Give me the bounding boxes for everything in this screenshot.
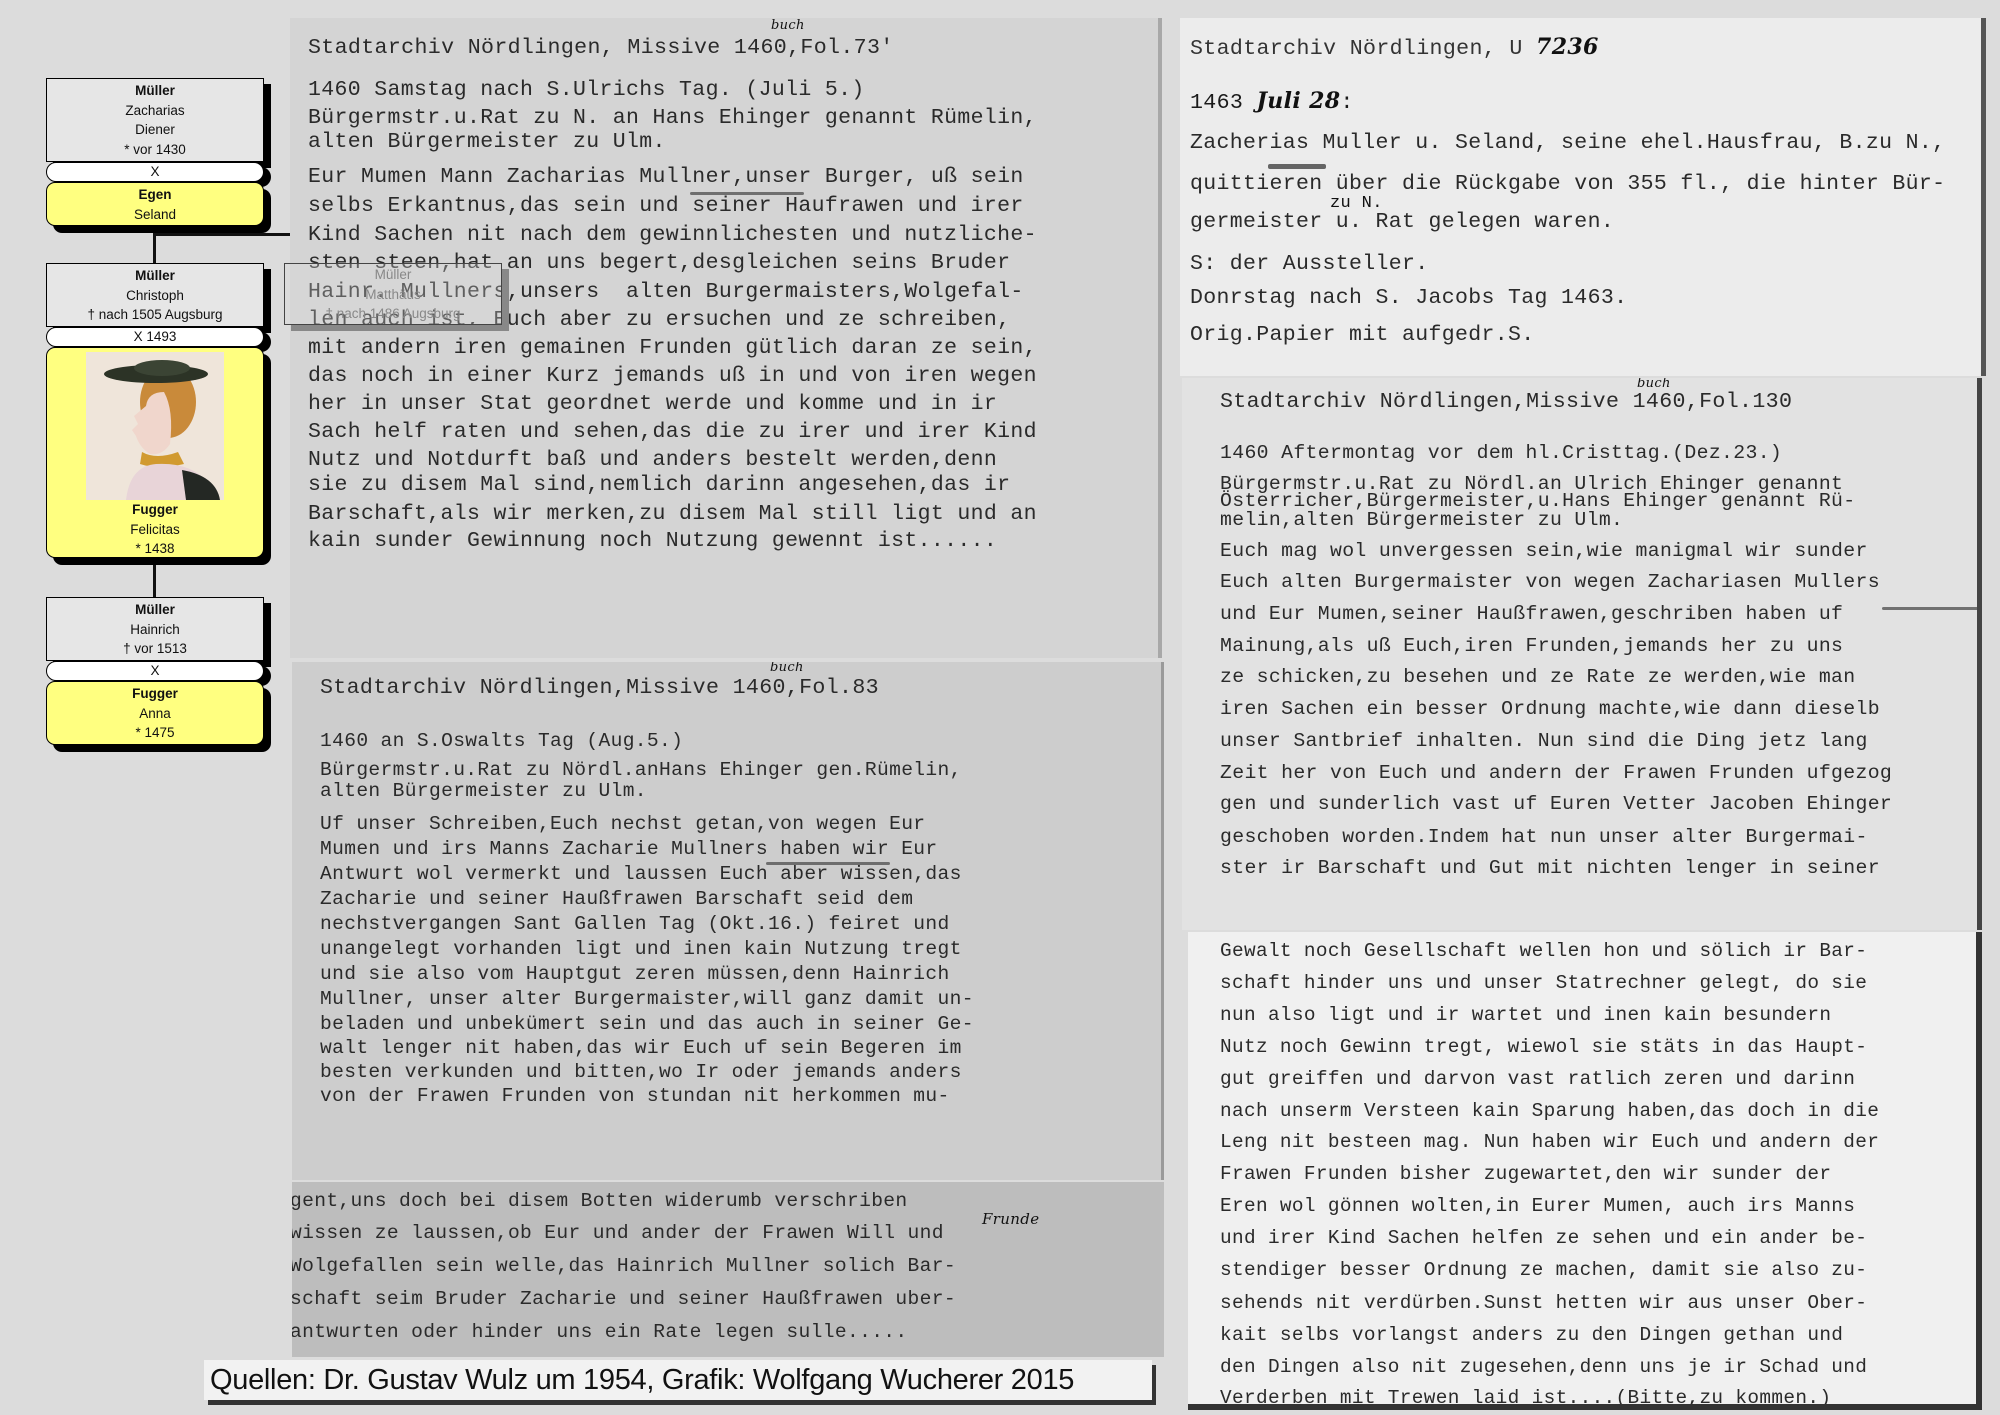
document-line: geschoben worden.Indem hat nun unser alt… bbox=[1220, 826, 1868, 848]
document-line: nun also ligt und ir wartet und inen kai… bbox=[1220, 1004, 1831, 1026]
spouse-card-seland[interactable]: Egen Seland bbox=[46, 182, 264, 226]
handwritten-date: Juli 28 bbox=[1257, 88, 1341, 114]
document-line: Frawen Frunden bisher zugewartet,den wir… bbox=[1220, 1163, 1831, 1185]
document-line: beladen und unbekümert sein und das auch… bbox=[320, 1013, 974, 1035]
document-line: S: der Aussteller. bbox=[1190, 252, 1429, 276]
document-line: unangelegt vorhanden ligt und inen kain … bbox=[320, 938, 962, 960]
document-line: Gewalt noch Gesellschaft wellen hon und … bbox=[1220, 940, 1867, 962]
person-card-zacharias[interactable]: Müller Zacharias Diener * vor 1430 bbox=[46, 78, 264, 162]
document-line: melin,alten Bürgermeister zu Ulm. bbox=[1220, 509, 1623, 531]
document-line: 1460 Aftermontag vor dem hl.Cristtag.(De… bbox=[1220, 442, 1782, 464]
underline-mark bbox=[1882, 607, 1982, 610]
marriage-bar: X 1493 bbox=[46, 327, 264, 347]
handwritten-annotation: Frunde bbox=[982, 1210, 1039, 1228]
document-line: Eur Mumen Mann Zacharias Mullner,unser B… bbox=[308, 165, 1024, 189]
document-date: 1463 Juli 28: bbox=[1190, 88, 1354, 115]
document-header: Stadtarchiv Nördlingen, Missive 1460,Fol… bbox=[308, 36, 894, 60]
document-line: Bürgermstr.u.Rat zu Nördl.anHans Ehinger… bbox=[320, 759, 962, 781]
document-line: Uf unser Schreiben,Euch nechst getan,von… bbox=[320, 813, 925, 835]
handwritten-annotation: buch bbox=[1637, 378, 1671, 391]
underline-mark bbox=[690, 192, 804, 195]
document-line: mit andern iren gemainen Frunden gütlich… bbox=[308, 336, 1037, 360]
given-name: Anna bbox=[47, 704, 263, 724]
document-line: von der Frawen Frunden von stundan nit h… bbox=[320, 1085, 950, 1107]
dates: * 1438 bbox=[47, 539, 263, 559]
document-line: sie zu disem Mal sind,nemlich darinn ang… bbox=[308, 473, 1010, 497]
given-name: Christoph bbox=[47, 286, 263, 306]
spouse-card-felicitas[interactable]: Fugger Felicitas * 1438 bbox=[46, 347, 264, 558]
underline-mark bbox=[1268, 164, 1326, 169]
connector-line bbox=[153, 565, 156, 597]
dates: * 1475 bbox=[47, 723, 263, 743]
document-line: alten Bürgermeister zu Ulm. bbox=[308, 130, 666, 154]
archive-document-missive-fol83: Stadtarchiv Nördlingen,Missive 1460,Fol.… bbox=[292, 662, 1164, 1180]
person-card-christoph[interactable]: Müller Christoph † nach 1505 Augsburg bbox=[46, 263, 264, 327]
document-line: Donrstag nach S. Jacobs Tag 1463. bbox=[1190, 286, 1627, 310]
document-line: iren Sachen ein besser Ordnung machte,wi… bbox=[1220, 698, 1880, 720]
document-line: Verderben mit Trewen laid ist....(Bitte,… bbox=[1220, 1387, 1831, 1409]
surname: Müller bbox=[135, 83, 175, 98]
handwritten-number: 7236 bbox=[1536, 34, 1599, 60]
dates: † nach 1486 Augsburg bbox=[285, 304, 501, 324]
document-line: gut greiffen und darvon vast ratlich zer… bbox=[1220, 1068, 1855, 1090]
document-line: nechstvergangen Sant Gallen Tag (Okt.16.… bbox=[320, 913, 950, 935]
document-line: quittieren über die Rückgabe von 355 fl.… bbox=[1190, 172, 1945, 196]
document-line: Nutz noch Gewinn tregt, wiewol sie stäts… bbox=[1220, 1036, 1867, 1058]
person-card-matthaeus-faded[interactable]: Müller Matthäus † nach 1486 Augsburg bbox=[284, 263, 502, 325]
family-tree: Müller Zacharias Diener * vor 1430 X Ege… bbox=[0, 0, 280, 760]
document-line: Bürgermstr.u.Rat zu N. an Hans Ehinger g… bbox=[308, 106, 1037, 130]
surname: Müller bbox=[135, 268, 175, 283]
document-line: und irer Kind Sachen helfen ze sehen und… bbox=[1220, 1227, 1867, 1249]
document-line: unser Santbrief inhalten. Nun sind die D… bbox=[1220, 730, 1868, 752]
document-line: schaft hinder uns und unser Statrechner … bbox=[1220, 972, 1867, 994]
source-caption: Quellen: Dr. Gustav Wulz um 1954, Grafik… bbox=[204, 1360, 1152, 1400]
surname: Fugger bbox=[132, 686, 178, 701]
document-line: Leng nit besteen mag. Nun haben wir Euch… bbox=[1220, 1131, 1879, 1153]
surname: Fugger bbox=[132, 502, 178, 517]
document-line: Mainung,als uß Euch,iren Frunden,jemands… bbox=[1220, 635, 1843, 657]
handwritten-annotation: buch bbox=[771, 18, 805, 33]
document-line: besten verkunden und bitten,wo Ir oder j… bbox=[320, 1061, 962, 1083]
given-name: Felicitas bbox=[47, 520, 263, 540]
document-line: und Eur Mumen,seiner Haußfrawen,geschrib… bbox=[1220, 603, 1843, 625]
document-line: alten Bürgermeister zu Ulm. bbox=[320, 780, 647, 802]
document-line: her in unser Stat geordnet werde und kom… bbox=[308, 392, 997, 416]
document-line: Mumen und irs Manns Zacharie Mullners ha… bbox=[320, 838, 938, 860]
document-header: Stadtarchiv Nördlingen,Missive 1460,Fol.… bbox=[320, 676, 879, 700]
document-line: schaft seim Bruder Zacharie und seiner H… bbox=[292, 1288, 956, 1310]
archive-document-urkunde-7236: Stadtarchiv Nördlingen, U 7236 1463 Juli… bbox=[1180, 18, 1986, 376]
document-line: kait selbs vorlangst anders zu den Dinge… bbox=[1220, 1324, 1843, 1346]
document-line: selbs Erkantnus,das sein und seiner Hauf… bbox=[308, 194, 1024, 218]
archive-document-missive-fol73: Stadtarchiv Nördlingen, Missive 1460,Fol… bbox=[290, 18, 1162, 658]
given-name: Seland bbox=[47, 205, 263, 225]
handwritten-annotation: buch bbox=[770, 662, 804, 675]
document-line: Euch mag wol unvergessen sein,wie manigm… bbox=[1220, 540, 1868, 562]
document-line: gent,uns doch bei disem Botten widerumb … bbox=[292, 1190, 908, 1212]
document-line: Barschaft,als wir merken,zu disem Mal st… bbox=[308, 502, 1037, 526]
document-line: stendiger besser Ordnung ze machen, dami… bbox=[1220, 1259, 1867, 1281]
document-line: den Dingen also nit zugesehen,denn uns j… bbox=[1220, 1356, 1867, 1378]
underline-mark bbox=[766, 862, 890, 865]
given-name: Hainrich bbox=[47, 620, 263, 640]
document-line: Kind Sachen nit nach dem gewinnlichesten… bbox=[308, 223, 1037, 247]
archive-document-missive-fol130-continued: Gewalt noch Gesellschaft wellen hon und … bbox=[1188, 932, 1982, 1410]
document-line: 1460 an S.Oswalts Tag (Aug.5.) bbox=[320, 730, 683, 752]
document-header: Stadtarchiv Nördlingen, U 7236 bbox=[1190, 34, 1599, 61]
connector-line bbox=[153, 233, 156, 263]
document-line: wissen ze laussen,ob Eur und ander der F… bbox=[292, 1222, 944, 1244]
document-header: Stadtarchiv Nördlingen,Missive 1460,Fol.… bbox=[1220, 390, 1792, 414]
document-line: Euch alten Burgermaister von wegen Zacha… bbox=[1220, 571, 1880, 593]
document-line: Mullner, unser alter Burgermaister,will … bbox=[320, 988, 974, 1010]
document-line: Eren wol gönnen wolten,in Eurer Mumen, a… bbox=[1220, 1195, 1855, 1217]
portrait-image bbox=[86, 352, 224, 500]
given-name: Zacharias bbox=[47, 101, 263, 121]
document-line: nach unserm Versteen kain Sparung haben,… bbox=[1220, 1100, 1879, 1122]
document-line: walt lenger nit haben,das wir Euch uf se… bbox=[320, 1037, 962, 1059]
dates: † nach 1505 Augsburg bbox=[47, 305, 263, 325]
document-line: Wolgefallen sein welle,das Hainrich Mull… bbox=[292, 1255, 956, 1277]
document-line: Nutz und Notdurft baß und anders bestelt… bbox=[308, 448, 997, 472]
surname: Egen bbox=[138, 187, 171, 202]
spouse-card-anna[interactable]: Fugger Anna * 1475 bbox=[46, 681, 264, 745]
document-line: gen und sunderlich vast uf Euren Vetter … bbox=[1220, 793, 1892, 815]
document-line: Zacharie und seiner Haußfrawen Barschaft… bbox=[320, 888, 913, 910]
given-name: Matthäus bbox=[285, 285, 501, 305]
surname: Müller bbox=[135, 602, 175, 617]
connector-line bbox=[153, 233, 293, 236]
document-line: Sach helf raten und sehen,das die zu ire… bbox=[308, 420, 1037, 444]
document-line: und sie also vom Hauptgut zeren müssen,d… bbox=[320, 963, 950, 985]
marriage-bar: X bbox=[46, 162, 264, 182]
person-card-hainrich[interactable]: Müller Hainrich † vor 1513 bbox=[46, 597, 264, 661]
document-line: Antwurt wol vermerkt und laussen Euch ab… bbox=[320, 863, 962, 885]
document-line: das noch in einer Kurz jemands uß in und… bbox=[308, 364, 1037, 388]
dates: * vor 1430 bbox=[47, 140, 263, 160]
document-line: 1460 Samstag nach S.Ulrichs Tag. (Juli 5… bbox=[308, 78, 865, 102]
role: Diener bbox=[47, 120, 263, 140]
document-line: sehends nit verdürben.Sunst hetten wir a… bbox=[1220, 1292, 1867, 1314]
document-line: germeister u. Rat gelegen waren. bbox=[1190, 210, 1614, 234]
document-line: Zeit her von Euch und andern der Frawen … bbox=[1220, 762, 1892, 784]
document-line: kain sunder Gewinnung noch Nutzung gewen… bbox=[308, 529, 997, 553]
archive-document-missive-fol130: Stadtarchiv Nördlingen,Missive 1460,Fol.… bbox=[1182, 378, 1982, 930]
surname: Müller bbox=[285, 265, 501, 285]
document-line: ster ir Barschaft und Gut mit nichten le… bbox=[1220, 857, 1880, 879]
document-line: Orig.Papier mit aufgedr.S. bbox=[1190, 323, 1535, 347]
document-line: ze schicken,zu besehen und ze Rate ze we… bbox=[1220, 666, 1855, 688]
portrait-woman-profile-icon bbox=[86, 352, 224, 500]
archive-document-missive-fol83-continued: Frunde gent,uns doch bei disem Botten wi… bbox=[292, 1182, 1164, 1357]
document-line: Zacherias Muller u. Seland, seine ehel.H… bbox=[1190, 131, 1945, 155]
marriage-bar: X bbox=[46, 661, 264, 681]
dates: † vor 1513 bbox=[47, 639, 263, 659]
document-line: antwurten oder hinder uns ein Rate legen… bbox=[292, 1321, 908, 1343]
